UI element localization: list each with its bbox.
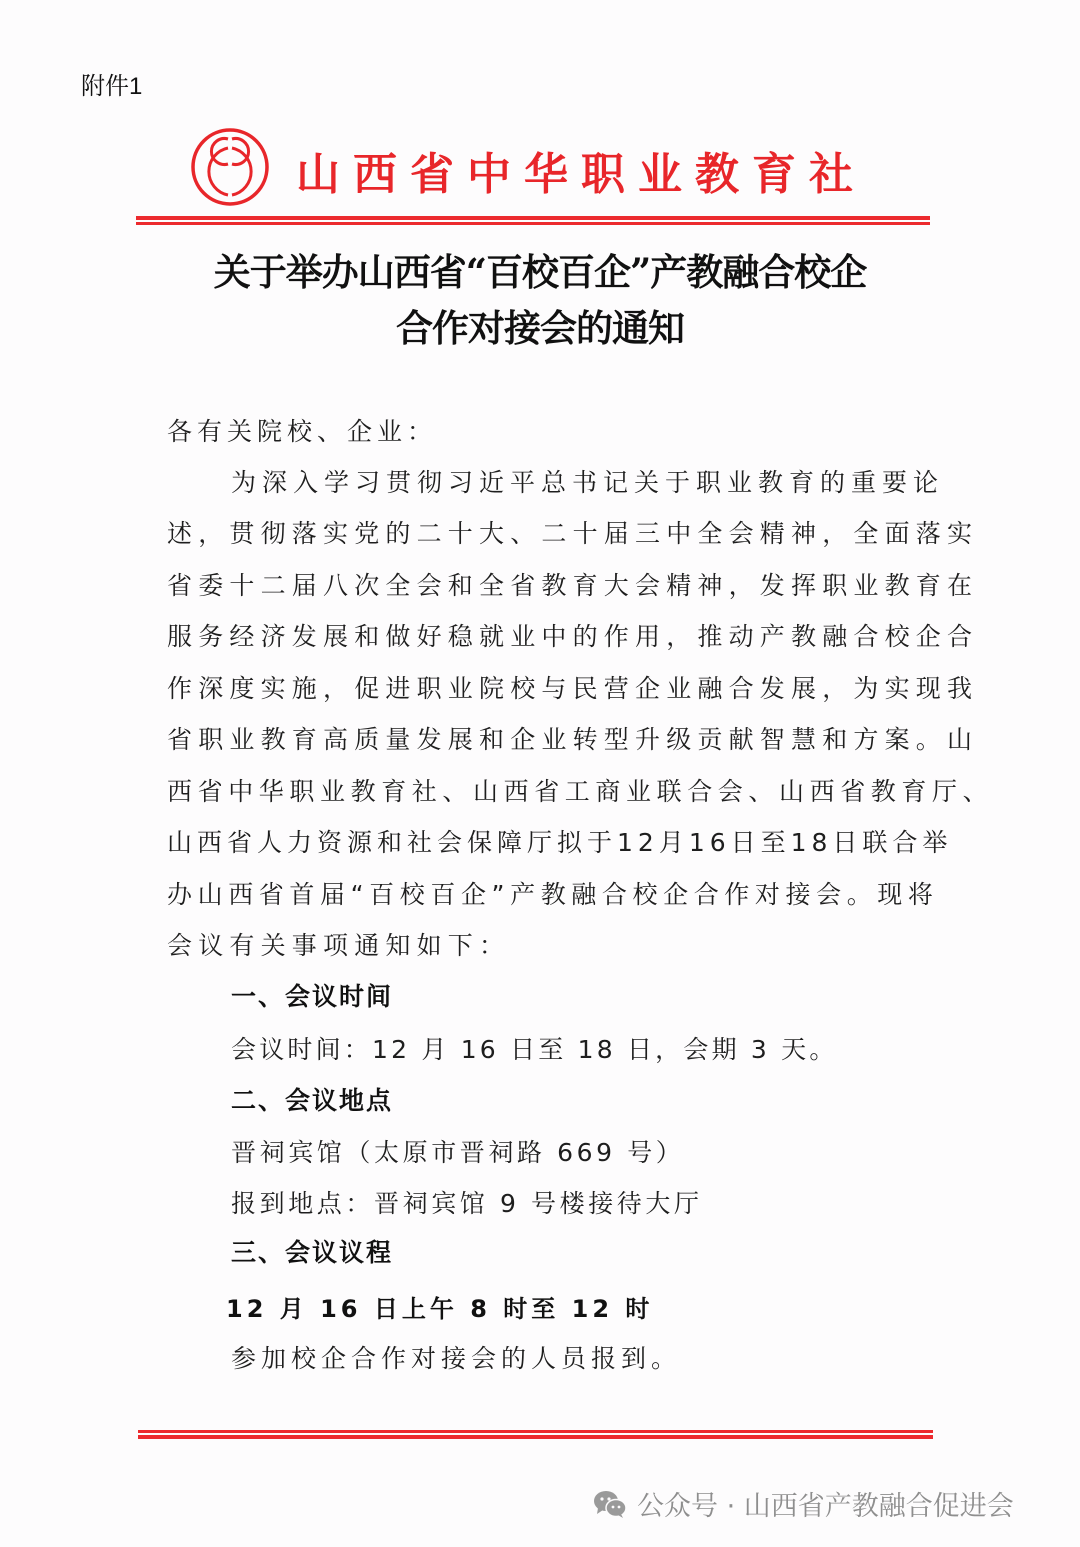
paragraph-line: 办山西省首届“百校百企”产教融合校企合作对接会。现将 [167,875,939,911]
header-rule-thick [136,216,930,220]
section-line: 会议时间：12 月 16 日至 18 日，会期 3 天。 [231,1030,838,1066]
section-heading: 一、会议时间 [231,977,393,1013]
section-heading: 二、会议地点 [231,1081,393,1117]
watermark-text: 公众号 · 山西省产教融合促进会 [637,1484,1014,1523]
paragraph-line: 西省中华职业教育社、山西省工商业联合会、山西省教育厅、 [167,772,993,808]
title-line-1: 关于举办山西省“百校百企”产教融合校企 [140,244,940,300]
wechat-icon [593,1489,627,1519]
footer-rule-thick [138,1435,933,1439]
salutation: 各有关院校、企业： [167,412,437,448]
agenda-time: 12 月 16 日上午 8 时至 12 时 [226,1289,653,1324]
paragraph-line: 作深度实施，促进职业院校与民营企业融合发展，为实现我 [167,669,978,705]
document-title: 关于举办山西省“百校百企”产教融合校企 合作对接会的通知 [140,244,940,356]
org-logo-icon [190,127,270,207]
org-name: 山西省中华职业教育社 [296,138,866,202]
paragraph-line: 为深入学习贯彻习近平总书记关于职业教育的重要论 [231,463,944,499]
paragraph-line: 山西省人力资源和社会保障厅拟于12月16日至18日联合举 [167,823,952,859]
attachment-label: 附件1 [81,66,142,101]
watermark: 公众号 · 山西省产教融合促进会 [593,1484,1014,1523]
section-line: 晋祠宾馆（太原市晋祠路 669 号） [231,1133,684,1169]
agenda-item: 参加校企合作对接会的人员报到。 [231,1339,681,1375]
paragraph-line: 会议有关事项通知如下： [167,926,510,962]
section-line: 报到地点：晋祠宾馆 9 号楼接待大厅 [231,1184,703,1220]
title-line-2: 合作对接会的通知 [140,300,940,356]
footer-rule-thin [138,1430,933,1433]
paragraph-line: 服务经济发展和做好稳就业中的作用，推动产教融合校企合 [167,617,978,653]
paragraph-line: 述，贯彻落实党的二十大、二十届三中全会精神，全面落实 [167,514,978,550]
section-heading: 三、会议议程 [231,1233,393,1269]
header-rule-thin [136,222,930,225]
paragraph-line: 省委十二届八次全会和全省教育大会精神，发挥职业教育在 [167,566,978,602]
paragraph-line: 省职业教育高质量发展和企业转型升级贡献智慧和方案。山 [167,720,978,756]
